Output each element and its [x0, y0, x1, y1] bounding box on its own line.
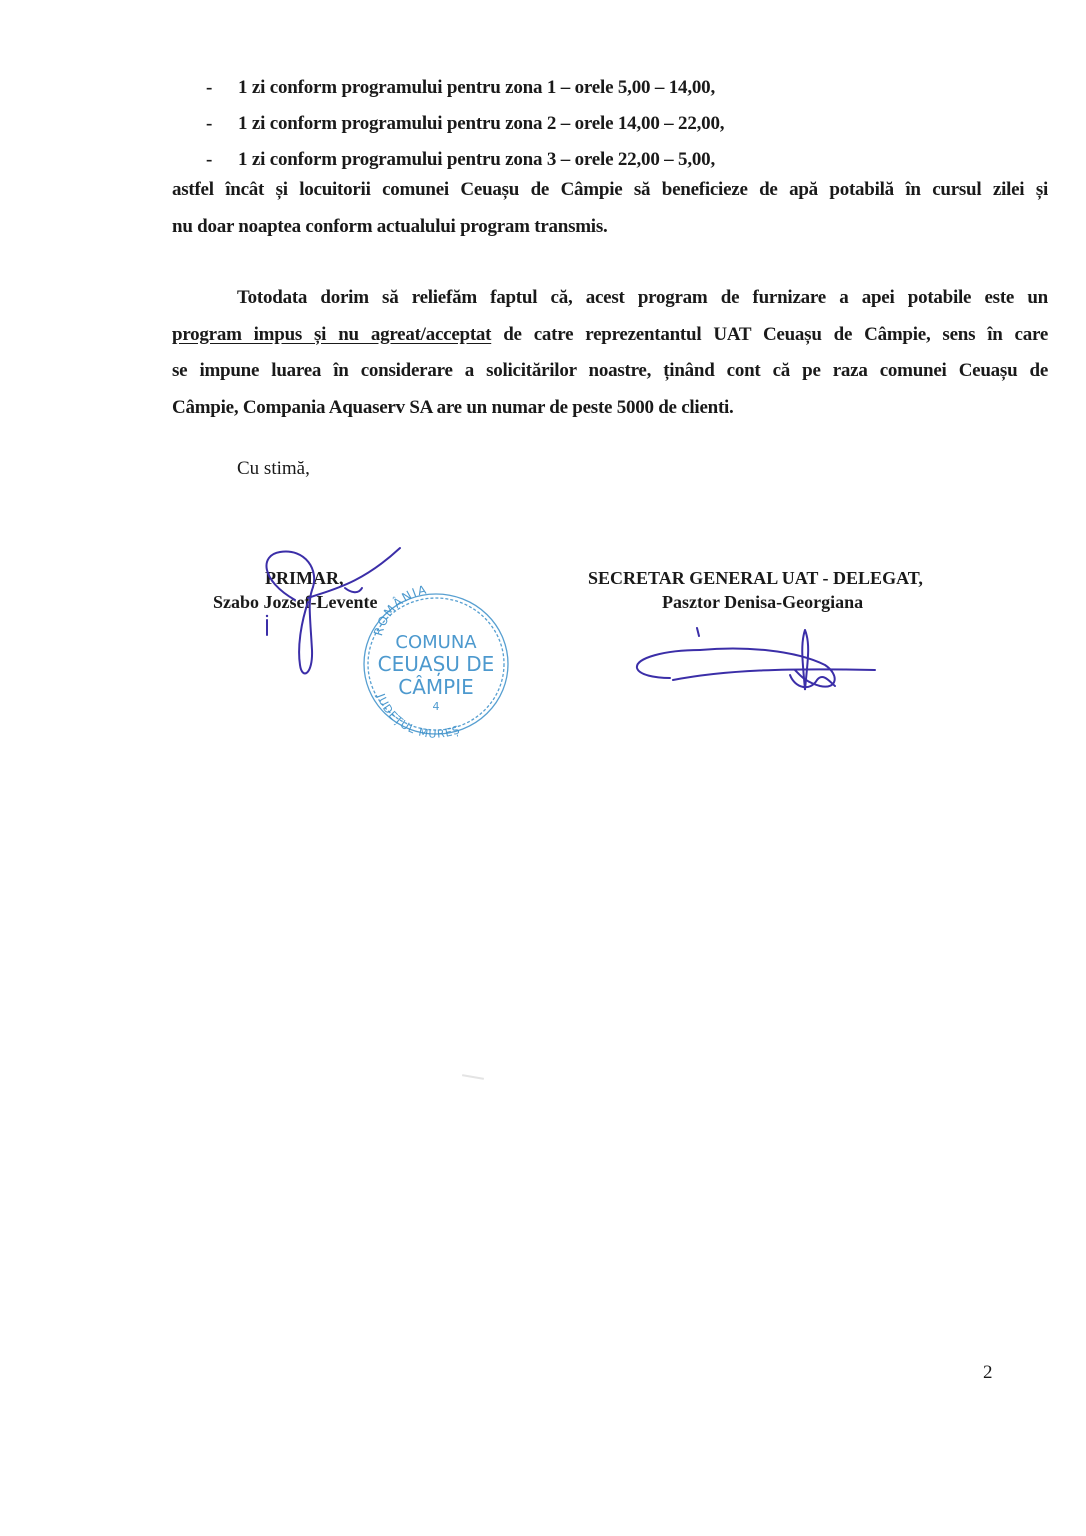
paragraph-line: nu doar noaptea conform actualului progr… — [172, 209, 1048, 246]
paragraph-line: Câmpie, Compania Aquaserv SA are un numa… — [172, 390, 1048, 427]
stamp-line3: CÂMPIE — [398, 675, 474, 699]
schedule-item-text: 1 zi conform programului pentru zona 1 –… — [238, 70, 715, 106]
stamp-number: 4 — [433, 700, 440, 713]
svg-text:ROMÂNIA: ROMÂNIA — [371, 582, 429, 637]
secretary-title: SECRETAR GENERAL UAT - DELEGAT, — [588, 566, 923, 590]
page-number: 2 — [983, 1362, 993, 1384]
stamp-top-arc: ROMÂNIA — [371, 582, 429, 637]
secretary-name: Pasztor Denisa-Georgiana — [588, 590, 923, 614]
schedule-item-text: 1 zi conform programului pentru zona 2 –… — [238, 106, 724, 142]
bullet-dash: - — [206, 106, 238, 142]
paragraph-line: astfel încât și locuitorii comunei Ceuaș… — [172, 172, 1048, 209]
paragraph-daytime-supply: astfel încât și locuitorii comunei Ceuaș… — [172, 172, 1048, 245]
paragraph-line: program impus și nu agreat/acceptat de c… — [172, 317, 1048, 354]
stamp-line1: COMUNA — [395, 632, 477, 653]
list-item: - 1 zi conform programului pentru zona 1… — [206, 70, 724, 106]
schedule-list: - 1 zi conform programului pentru zona 1… — [206, 70, 724, 178]
paragraph-line: se impune luarea în considerare a solici… — [172, 353, 1048, 390]
scan-artifact — [462, 1074, 484, 1080]
bullet-dash: - — [206, 70, 238, 106]
stamp-line2: CEUAȘU DE — [378, 652, 495, 676]
closing-salutation: Cu stimă, — [237, 458, 310, 480]
underlined-emphasis: program impus și nu agreat/acceptat — [172, 324, 491, 345]
document-page: - 1 zi conform programului pentru zona 1… — [0, 0, 1086, 1536]
list-item: - 1 zi conform programului pentru zona 2… — [206, 106, 724, 142]
paragraph-text: de catre reprezentantul UAT Ceuașu de Câ… — [491, 324, 1048, 345]
secretary-signature-block: SECRETAR GENERAL UAT - DELEGAT, Pasztor … — [588, 566, 923, 614]
municipality-stamp-icon: ROMÂNIA COMUNA CEUAȘU DE CÂMPIE 4 JUDEȚU… — [356, 582, 511, 742]
secretary-signature-icon — [625, 620, 885, 700]
paragraph-line: Totodata dorim să reliefăm faptul că, ac… — [172, 280, 1048, 317]
paragraph-imposed-program: Totodata dorim să reliefăm faptul că, ac… — [172, 280, 1048, 426]
